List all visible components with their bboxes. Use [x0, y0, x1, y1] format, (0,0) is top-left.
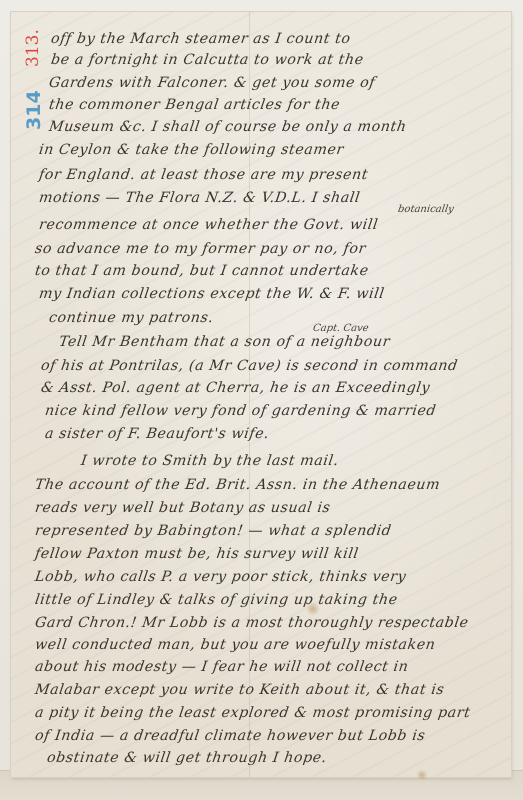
text-line: Malabar except you write to Keith about …	[34, 682, 446, 698]
text-line: obstinate & will get through I hope.	[46, 750, 328, 766]
text-line: Museum &c. I shall of course be only a m…	[48, 119, 408, 135]
text-line: fellow Paxton must be, his survey will k…	[34, 546, 360, 562]
text-line: represented by Babington! — what a splen…	[34, 523, 393, 539]
text-line: Gardens with Falconer. & get you some of	[48, 75, 376, 91]
text-line: Lobb, who calls P. a very poor stick, th…	[34, 569, 407, 585]
text-line: of his at Pontrilas, (a Mr Cave) is seco…	[40, 358, 459, 374]
text-line: a pity it being the least explored & mos…	[34, 705, 472, 721]
folio-number-blue: 314	[23, 90, 45, 130]
text-line: off by the March steamer as I count to	[50, 31, 352, 47]
interlinear-note: botanically	[397, 204, 454, 215]
foxing-stain	[416, 770, 428, 780]
text-line: of India — a dreadful climate however bu…	[34, 728, 427, 744]
text-line: Gard Chron.! Mr Lobb is a most thoroughl…	[34, 615, 470, 631]
text-line: about his modesty — I fear he will not c…	[34, 659, 410, 675]
text-line: The account of the Ed. Brit. Assn. in th…	[34, 477, 441, 493]
text-line: be a fortnight in Calcutta to work at th…	[50, 52, 365, 68]
interlinear-note: Capt. Cave	[312, 323, 369, 334]
text-line: so advance me to my former pay or no, fo…	[34, 241, 367, 257]
text-line: I wrote to Smith by the last mail.	[80, 453, 340, 469]
manuscript-page: 313. 314 off by the March steamer as I c…	[11, 12, 511, 777]
text-line: my Indian collections except the W. & F.…	[38, 286, 386, 302]
text-line: reads very well but Botany as usual is	[34, 500, 332, 516]
folio-number-red: 313.	[23, 29, 43, 67]
text-line: for England. at least those are my prese…	[38, 167, 369, 183]
text-line: the commoner Bengal articles for the	[48, 97, 341, 113]
text-line: Tell Mr Bentham that a son of a neighbou…	[58, 334, 391, 350]
text-line: motions — The Flora N.Z. & V.D.L. I shal…	[38, 190, 361, 206]
text-line: in Ceylon & take the following steamer	[38, 142, 345, 158]
text-line: & Asst. Pol. agent at Cherra, he is an E…	[40, 380, 431, 396]
text-line: well conducted man, but you are woefully…	[34, 637, 437, 653]
text-line: continue my patrons.	[48, 310, 215, 326]
text-line: recommence at once whether the Govt. wil…	[38, 217, 379, 233]
text-line: nice kind fellow very fond of gardening …	[44, 403, 437, 419]
text-line: little of Lindley & talks of giving up t…	[34, 592, 399, 608]
text-line: to that I am bound, but I cannot underta…	[34, 263, 370, 279]
text-line: a sister of F. Beaufort's wife.	[44, 426, 270, 442]
